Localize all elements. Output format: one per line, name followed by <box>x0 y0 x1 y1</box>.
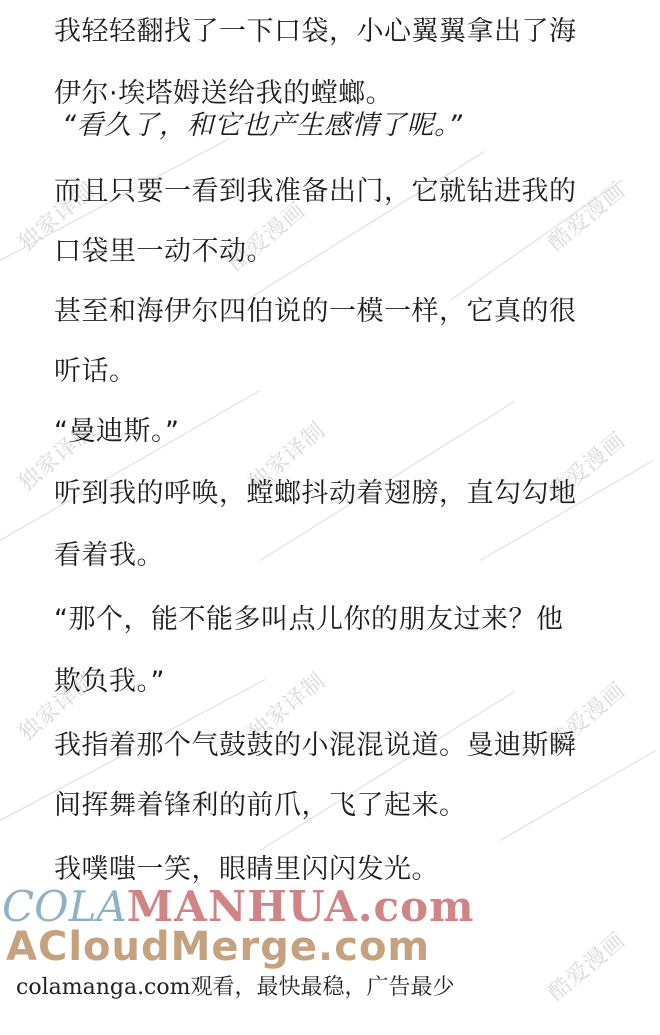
story-line: 甚至和海伊尔四伯说的一模一样，它真的很 <box>54 296 577 328</box>
acloudmerge-watermark: ACloudMerge.com <box>6 922 430 972</box>
footer-promo-text: colamanga.com观看，最快最稳，广告最少 <box>16 972 455 1004</box>
story-line: 口袋里一动不动。 <box>54 236 274 268</box>
watermark-stroke <box>0 390 260 541</box>
watermark-stroke <box>480 460 654 561</box>
story-line: 伊尔·埃塔姆送给我的螳螂。 <box>54 78 393 110</box>
story-line: 我轻轻翻找了一下口袋，小心翼翼拿出了海 <box>54 16 577 48</box>
story-line: 听到我的呼唤，螳螂抖动着翅膀，直勾勾地 <box>54 478 577 510</box>
story-line: 听话。 <box>54 356 137 388</box>
story-line-dialogue: “那个，能不能多叫点儿你的朋友过来？他 <box>54 604 564 636</box>
story-line-dialogue: 欺负我。” <box>54 666 165 698</box>
story-line: 而且只要一看到我准备出门，它就钻进我的 <box>54 176 577 208</box>
story-line-dialogue: “看久了，和它也产生感情了呢。” <box>62 110 462 142</box>
story-line: 间挥舞着锋利的前爪，飞了起来。 <box>54 790 467 822</box>
story-line: 看着我。 <box>54 540 164 572</box>
story-line-dialogue: “曼迪斯。” <box>54 416 179 448</box>
watermark-stroke <box>260 691 515 851</box>
watermark-stroke <box>500 750 656 841</box>
faint-watermark-text: 酷爱漫画 <box>541 924 631 1007</box>
story-line: 我指着那个气鼓鼓的小混混说道。曼迪斯瞬 <box>54 730 577 762</box>
